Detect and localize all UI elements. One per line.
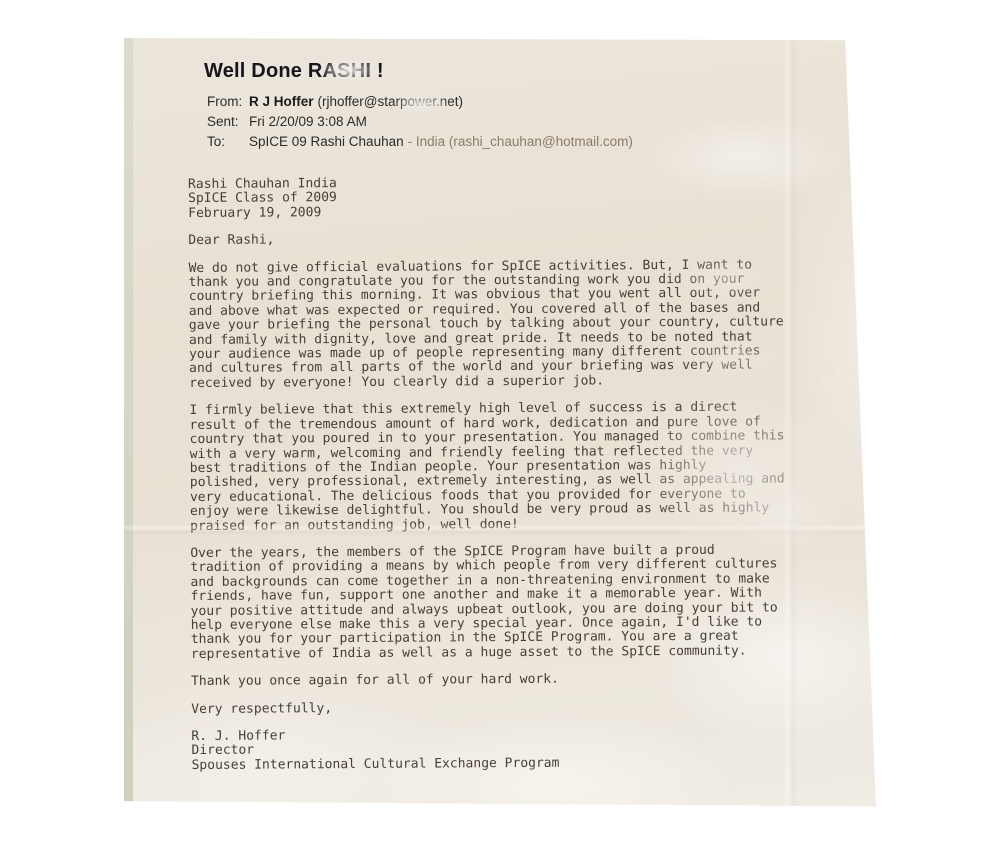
address-block: Rashi Chauhan India SpICE Class of 2009 … (188, 174, 798, 221)
valediction: Very respectfully, (191, 699, 801, 717)
from-value: R J Hoffer(rjhoffer@starpower.net) (249, 95, 463, 109)
paragraph-2: I firmly believe that this extremely hig… (189, 401, 800, 534)
paragraph-1: We do not give official evaluations for … (189, 258, 800, 391)
to-label: To: (207, 135, 249, 149)
letter-body: Rashi Chauhan India SpICE Class of 2009 … (188, 174, 802, 786)
to-recipient: SpICE 09 Rashi Chauhan (249, 134, 404, 149)
letter-photo: Well Done RASHI ! From: R J Hoffer(rjhof… (124, 38, 876, 808)
closing-line: Thank you once again for all of your har… (191, 671, 801, 689)
signature-block: R. J. Hoffer Director Spouses Internatio… (191, 726, 801, 773)
to-value: SpICE 09 Rashi Chauhan- India (rashi_cha… (249, 135, 633, 149)
header-row-to: To: SpICE 09 Rashi Chauhan- India (rashi… (207, 135, 633, 149)
sent-label: Sent: (207, 115, 249, 129)
header-row-from: From: R J Hoffer(rjhoffer@starpower.net) (207, 95, 633, 109)
subject-line: Well Done RASHI ! (204, 60, 384, 83)
paper-edge-strip (124, 38, 133, 808)
from-label: From: (207, 95, 249, 109)
to-recipient-faded: - India (rashi_chauhan@hotmail.com) (408, 134, 633, 149)
salutation: Dear Rashi, (188, 230, 798, 248)
sent-value: Fri 2/20/09 3:08 AM (249, 115, 367, 129)
from-name: R J Hoffer (249, 94, 314, 109)
paragraph-3: Over the years, the members of the SpICE… (190, 543, 801, 662)
from-email: (rjhoffer@starpower.net) (318, 94, 464, 109)
page-background: Well Done RASHI ! From: R J Hoffer(rjhof… (0, 0, 1000, 846)
email-header: From: R J Hoffer(rjhoffer@starpower.net)… (207, 95, 633, 155)
header-row-sent: Sent: Fri 2/20/09 3:08 AM (207, 115, 633, 129)
